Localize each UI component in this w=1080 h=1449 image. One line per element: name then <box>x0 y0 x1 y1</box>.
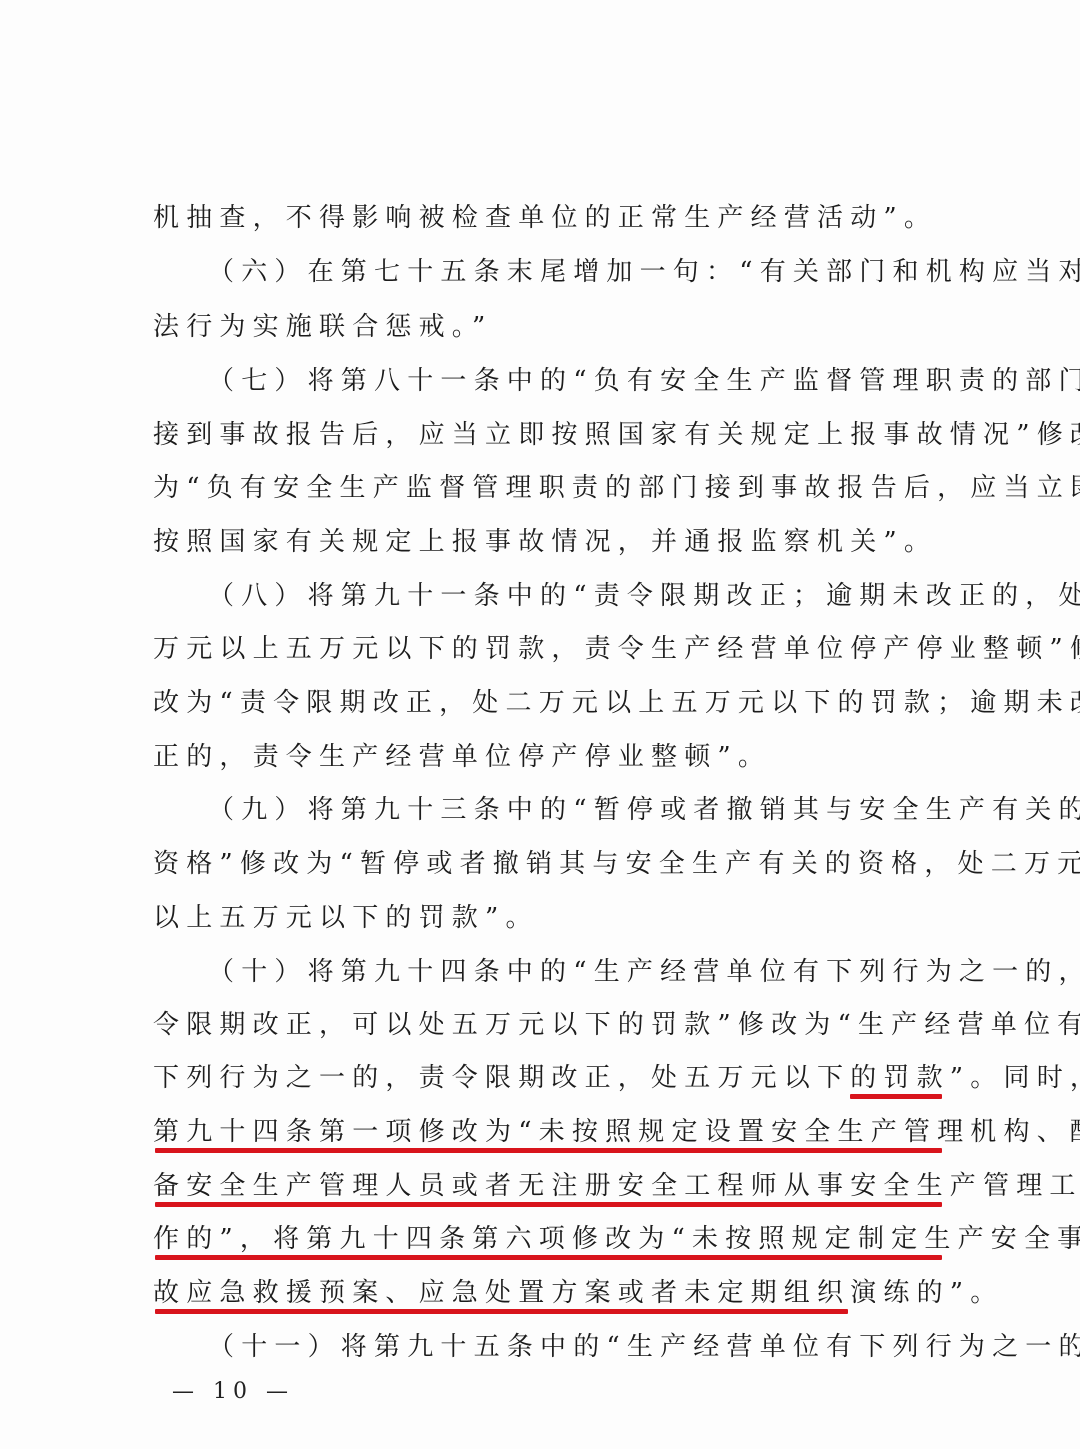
text-line: 下列行为之一的，责令限期改正，处五万元以下的罚款”。同时，将 <box>153 1058 943 1098</box>
text-line: 故应急救援预案、应急处置方案或者未定期组织演练的”。 <box>153 1273 943 1313</box>
text-line: （九）将第九十三条中的“暂停或者撤销其与安全生产有关的 <box>208 790 943 830</box>
text-line: 按照国家有关规定上报事故情况，并通报监察机关”。 <box>153 522 943 562</box>
text-line: 备安全生产管理人员或者无注册安全工程师从事安全生产管理工 <box>153 1166 943 1206</box>
text-line: （十）将第九十四条中的“生产经营单位有下列行为之一的，责 <box>208 952 943 992</box>
red-underline <box>155 1255 942 1260</box>
document-page: 机抽查，不得影响被检查单位的正常生产经营活动”。 （六）在第七十五条末尾增加一句… <box>0 0 1080 1449</box>
text-line: 为“负有安全生产监督管理职责的部门接到事故报告后，应当立即 <box>153 468 943 508</box>
red-underline <box>155 1309 848 1314</box>
text-line: （十一）将第九十五条中的“生产经营单位有下列行为之一的， <box>208 1327 943 1367</box>
red-underline <box>155 1202 942 1207</box>
text-line: 改为“责令限期改正，处二万元以上五万元以下的罚款；逾期未改 <box>153 683 943 723</box>
text-line: 资格”修改为“暂停或者撤销其与安全生产有关的资格，处二万元 <box>153 844 943 884</box>
text-line: 令限期改正，可以处五万元以下的罚款”修改为“生产经营单位有 <box>153 1005 943 1045</box>
text-line: 作的”，将第九十四条第六项修改为“未按照规定制定生产安全事 <box>153 1219 943 1259</box>
text-line: 以上五万元以下的罚款”。 <box>153 898 943 938</box>
text-line: （八）将第九十一条中的“责令限期改正；逾期未改正的，处二 <box>208 576 943 616</box>
text-line: 万元以上五万元以下的罚款，责令生产经营单位停产停业整顿”修 <box>153 629 943 669</box>
text-line: （六）在第七十五条末尾增加一句：“有关部门和机构应当对违 <box>208 252 943 292</box>
page-number: — 10 — <box>172 1377 294 1407</box>
text-line: 法行为实施联合惩戒。” <box>153 307 943 347</box>
text-line: （七）将第八十一条中的“负有安全生产监督管理职责的部门 <box>208 361 943 401</box>
text-line: 正的，责令生产经营单位停产停业整顿”。 <box>153 737 943 777</box>
red-underline <box>850 1094 942 1099</box>
red-underline <box>155 1148 942 1153</box>
text-line: 第九十四条第一项修改为“未按照规定设置安全生产管理机构、配 <box>153 1112 943 1152</box>
text-line: 机抽查，不得影响被检查单位的正常生产经营活动”。 <box>153 198 943 238</box>
text-line: 接到事故报告后，应当立即按照国家有关规定上报事故情况”修改 <box>153 415 943 455</box>
